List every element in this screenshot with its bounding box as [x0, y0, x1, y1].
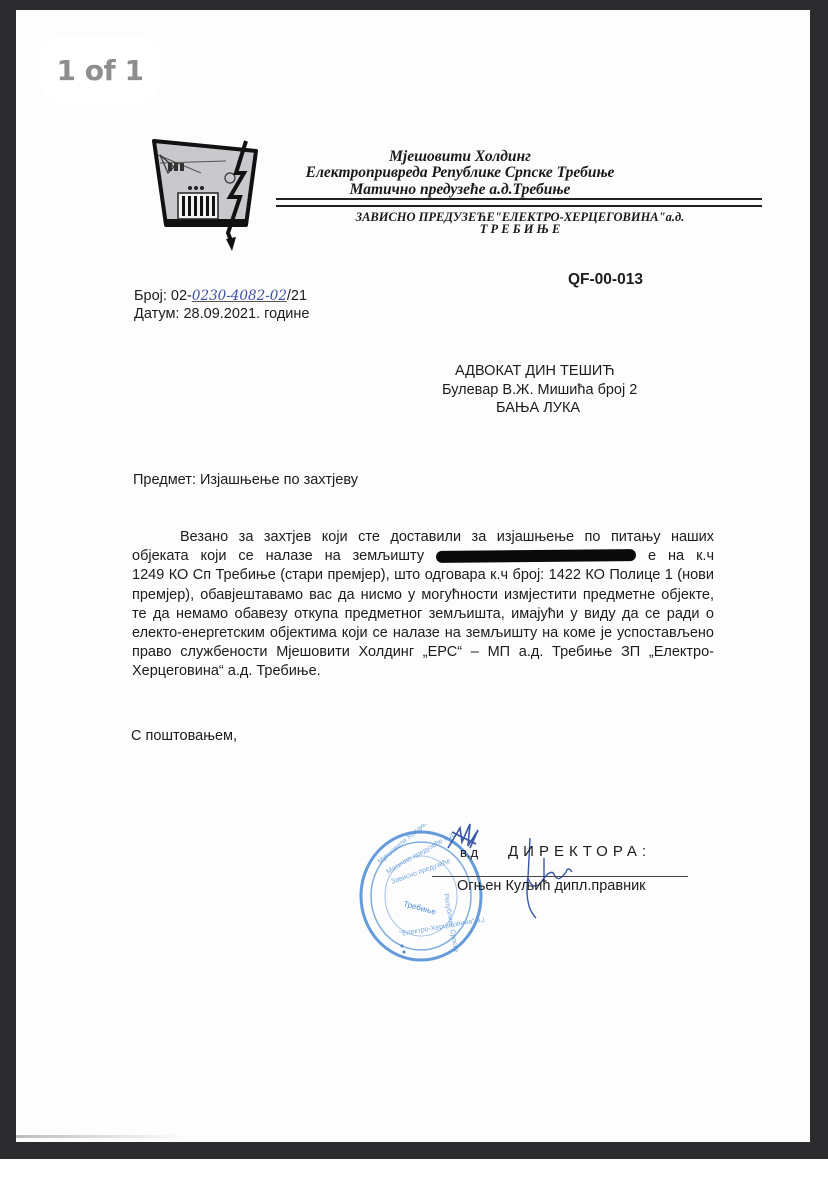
document-date: Датум: 28.09.2021. године — [134, 306, 309, 322]
recipient-address: Булевар В.Ж. Мишића број 2 — [442, 382, 637, 398]
letterhead-rule-bottom — [276, 205, 762, 207]
number-suffix: /21 — [287, 288, 307, 304]
handwritten-number: 0230-4082-02 — [192, 288, 287, 304]
letter-body: Везано за захтјев који сте доставили за … — [132, 528, 714, 682]
acting-label: в.д — [460, 845, 478, 860]
redaction-bar — [436, 550, 636, 564]
signature-line — [432, 876, 688, 877]
recipient-city: БАЊА ЛУКА — [496, 400, 580, 416]
form-code: QF-00-013 — [568, 271, 643, 289]
letterhead-line-1: Мјешовити Холдинг — [240, 148, 680, 165]
subject-line: Предмет: Изјашњење по захтјеву — [133, 472, 358, 488]
body-line-1: Везано за захтјев који сте доставили за … — [132, 528, 714, 547]
svg-text:Требиње: Требиње — [402, 899, 437, 916]
page-counter: 1 of 1 — [40, 36, 160, 104]
body-line-2-end: е на к.ч — [648, 548, 714, 564]
body-line-2-start: објеката који се налазе на земљишту — [132, 548, 424, 564]
signatory-title: ДИРЕКТОРА: — [508, 843, 651, 860]
subsidiary-city: Т Р Е Б И Њ Е — [300, 223, 740, 236]
number-label: Број: 02- — [134, 288, 192, 304]
page-edge-shadow — [16, 1135, 186, 1138]
letterhead-rule-top — [276, 198, 762, 200]
document-number: Број: 02-0230-4082-02/21 — [134, 288, 307, 304]
body-line-2: објеката који се налазе на земљишту е на… — [132, 547, 714, 566]
recipient-name: АДВОКАТ ДИН ТЕШИЋ — [455, 363, 615, 379]
signature-scribble — [440, 818, 580, 928]
body-rest: 1249 КО Сп Требиње (стари премјер), што … — [132, 566, 714, 681]
letterhead-line-2: Електропривреда Републике Српске Требиње — [240, 164, 680, 181]
letterhead-line-3: Матично предузеће а.д.Требиње — [240, 181, 680, 198]
signatory-name: Огњен Куљић дипл.правник — [457, 878, 646, 894]
closing-salutation: С поштовањем, — [131, 728, 237, 744]
